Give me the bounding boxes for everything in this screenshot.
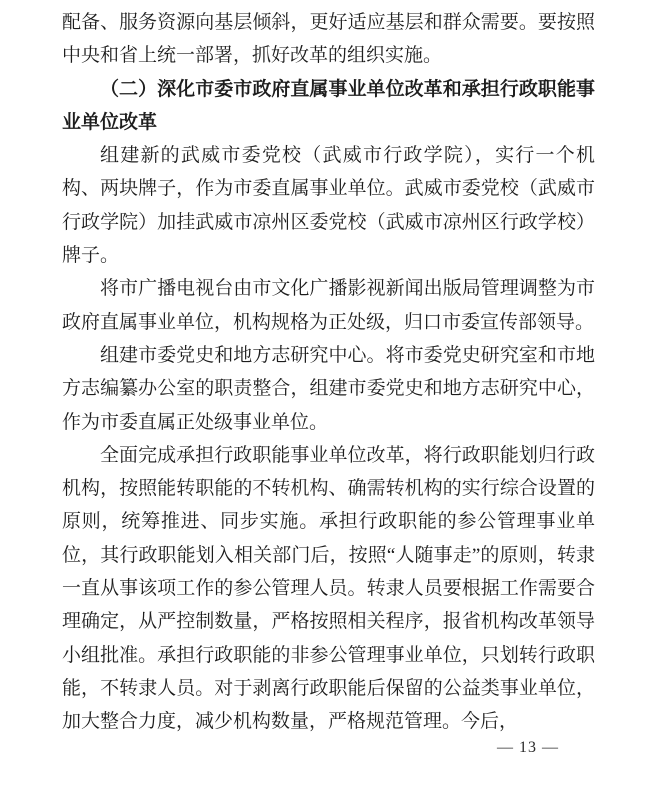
document-page: 配备、服务资源向基层倾斜，更好适应基层和群众需要。要按照中央和省上统一部署，抓好…: [0, 0, 655, 786]
section-heading: （二）深化市委市政府直属事业单位改革和承担行政职能事业单位改革: [62, 73, 595, 140]
body-paragraph: 组建新的武威市委党校（武威市行政学院），实行一个机构、两块牌子，作为市委直属事业…: [62, 139, 595, 272]
body-paragraph: 将市广播电视台由市文化广播影视新闻出版局管理调整为市政府直属事业单位，机构规格为…: [62, 272, 595, 339]
page-number: — 13 —: [463, 738, 593, 758]
paragraph-continuation: 配备、服务资源向基层倾斜，更好适应基层和群众需要。要按照中央和省上统一部署，抓好…: [62, 6, 595, 73]
body-paragraph: 全面完成承担行政职能事业单位改革，将行政职能划归行政机构，按照能转职能的不转机构…: [62, 439, 595, 739]
document-text-block: 配备、服务资源向基层倾斜，更好适应基层和群众需要。要按照中央和省上统一部署，抓好…: [62, 6, 595, 739]
body-paragraph: 组建市委党史和地方志研究中心。将市委党史研究室和市地方志编纂办公室的职责整合，组…: [62, 339, 595, 439]
